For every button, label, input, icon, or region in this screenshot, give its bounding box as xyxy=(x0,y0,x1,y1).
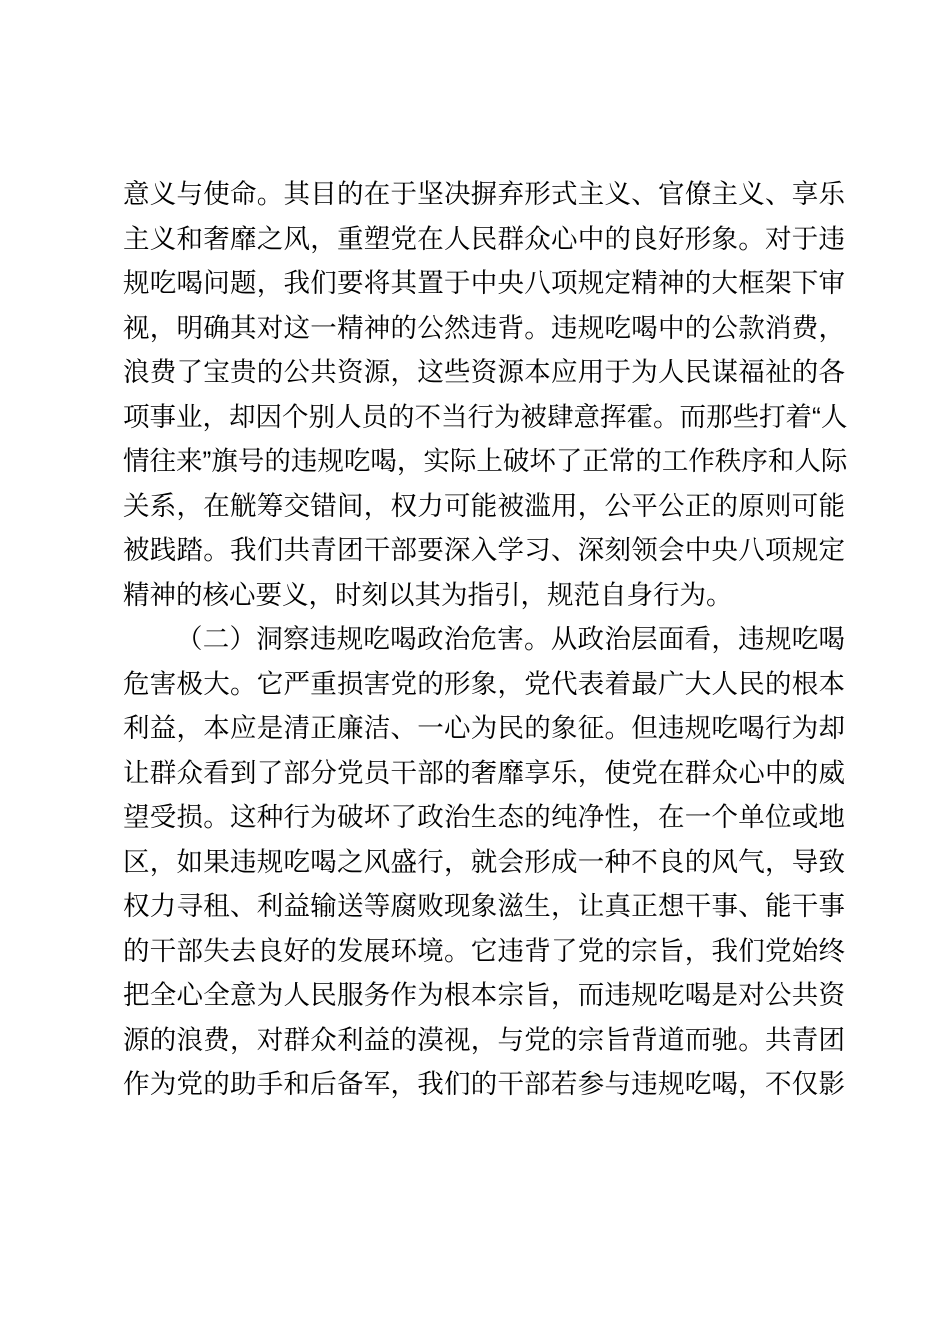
text-line: 情往来”旗号的违规吃喝，实际上破坏了正常的工作秩序和人际 xyxy=(123,439,845,484)
text-line: 精神的核心要义，时刻以其为指引，规范自身行为。 xyxy=(123,573,845,618)
text-line: 关系，在觥筹交错间，权力可能被滥用，公平公正的原则可能 xyxy=(123,484,845,529)
text-line: 规吃喝问题，我们要将其置于中央八项规定精神的大框架下审 xyxy=(123,261,845,306)
text-line: 把全心全意为人民服务作为根本宗旨，而违规吃喝是对公共资 xyxy=(123,973,845,1018)
text-line: 项事业，却因个别人员的不当行为被肆意挥霍。而那些打着“人 xyxy=(123,395,845,440)
text-line: 权力寻租、利益输送等腐败现象滋生，让真正想干事、能干事 xyxy=(123,884,845,929)
text-line: 意义与使命。其目的在于坚决摒弃形式主义、官僚主义、享乐 xyxy=(123,172,845,217)
text-line: 利益，本应是清正廉洁、一心为民的象征。但违规吃喝行为却 xyxy=(123,706,845,751)
text-line: 浪费了宝贵的公共资源，这些资源本应用于为人民谋福祉的各 xyxy=(123,350,845,395)
text-line: 区，如果违规吃喝之风盛行，就会形成一种不良的风气，导致 xyxy=(123,840,845,885)
text-line: 的干部失去良好的发展环境。它违背了党的宗旨，我们党始终 xyxy=(123,929,845,974)
text-line: 望受损。这种行为破坏了政治生态的纯净性，在一个单位或地 xyxy=(123,795,845,840)
paragraph-2: （二）洞察违规吃喝政治危害。从政治层面看，违规吃喝 危害极大。它严重损害党的形象… xyxy=(123,617,845,1107)
text-line: 被践踏。我们共青团干部要深入学习、深刻领会中央八项规定 xyxy=(123,528,845,573)
text-line: 视，明确其对这一精神的公然违背。违规吃喝中的公款消费， xyxy=(123,306,845,351)
text-line: （二）洞察违规吃喝政治危害。从政治层面看，违规吃喝 xyxy=(123,617,845,662)
text-line: 源的浪费，对群众利益的漠视，与党的宗旨背道而驰。共青团 xyxy=(123,1018,845,1063)
text-line: 危害极大。它严重损害党的形象，党代表着最广大人民的根本 xyxy=(123,662,845,707)
text-line: 主义和奢靡之风，重塑党在人民群众心中的良好形象。对于违 xyxy=(123,217,845,262)
text-line: 作为党的助手和后备军，我们的干部若参与违规吃喝，不仅影 xyxy=(123,1062,845,1107)
paragraph-1: 意义与使命。其目的在于坚决摒弃形式主义、官僚主义、享乐 主义和奢靡之风，重塑党在… xyxy=(123,172,845,617)
text-line: 让群众看到了部分党员干部的奢靡享乐，使党在群众心中的威 xyxy=(123,751,845,796)
document-body: 意义与使命。其目的在于坚决摒弃形式主义、官僚主义、享乐 主义和奢靡之风，重塑党在… xyxy=(123,172,845,1107)
document-page: 意义与使命。其目的在于坚决摒弃形式主义、官僚主义、享乐 主义和奢靡之风，重塑党在… xyxy=(0,0,950,1344)
